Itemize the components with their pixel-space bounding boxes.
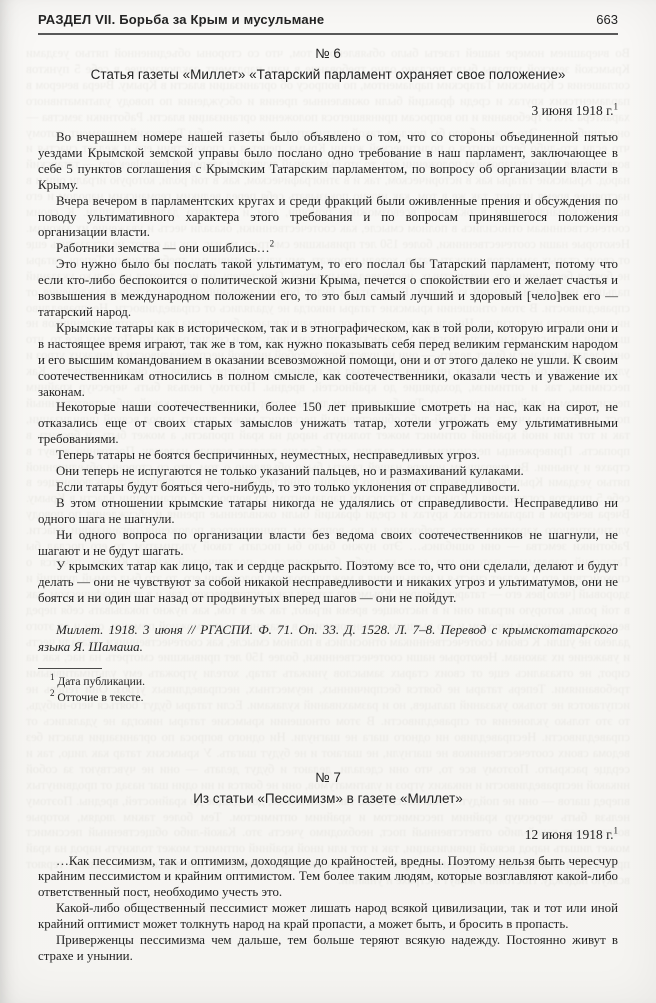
footnote-marker: 2 <box>50 688 55 698</box>
document-body: …Как пессимизм, так и оптимизм, доходящи… <box>38 854 618 965</box>
paragraph: Некоторые наши соотечественники, более 1… <box>38 400 618 448</box>
paragraph: Это нужно было бы послать такой ультимат… <box>38 257 618 321</box>
section-title: РАЗДЕЛ VII. Борьба за Крым и мусульмане <box>38 12 324 27</box>
paragraph: Ни одного вопроса по организации власти … <box>38 528 618 560</box>
paragraph: Во вчерашнем номере нашей газеты было об… <box>38 130 618 194</box>
footnote-ref: 2 <box>270 239 275 249</box>
footnote-ref: 1 <box>614 825 619 835</box>
document-7: № 7 Из статьи «Пессимизм» в газете «Милл… <box>38 770 618 965</box>
paragraph: В этом отношении крымские татары никогда… <box>38 496 618 528</box>
page-number: 663 <box>596 12 618 27</box>
paragraph: Если татары будут бояться чего-нибудь, т… <box>38 480 618 496</box>
footnote-rule <box>38 668 102 669</box>
paragraph: Работники земства — они ошиблись…2 <box>38 241 618 257</box>
scanned-book-page: Во вчерашнем номере нашей газеты было об… <box>0 0 656 1003</box>
date-text: 12 июня 1918 г. <box>525 827 614 842</box>
document-title: Из статьи «Пессимизм» в газете «Миллет» <box>38 790 618 807</box>
paragraph: Теперь татары не боятся беспричинных, не… <box>38 448 618 464</box>
footnote: 2 Отточие в тексте. <box>38 690 618 706</box>
paragraph: Какой-либо общественный пессимист может … <box>38 901 618 933</box>
document-number: № 6 <box>38 46 618 61</box>
page-content: РАЗДЕЛ VII. Борьба за Крым и мусульмане … <box>38 12 618 965</box>
document-title: Статья газеты «Миллет» «Татарский парлам… <box>38 66 618 83</box>
footnotes: 1 Дата публикации.2 Отточие в тексте. <box>38 674 618 705</box>
document-6: № 6 Статья газеты «Миллет» «Татарский па… <box>38 46 618 706</box>
paragraph: …Как пессимизм, так и оптимизм, доходящи… <box>38 854 618 902</box>
document-number: № 7 <box>38 770 618 785</box>
header-rule <box>38 33 618 35</box>
paragraph: Крымские татары как в историческом, так … <box>38 321 618 401</box>
footnote-ref: 1 <box>614 102 619 112</box>
date-text: 3 июня 1918 г. <box>531 103 613 118</box>
running-header: РАЗДЕЛ VII. Борьба за Крым и мусульмане … <box>38 12 618 27</box>
footnote: 1 Дата публикации. <box>38 674 618 690</box>
document-date: 3 июня 1918 г.1 <box>38 103 618 119</box>
footnote-marker: 1 <box>50 673 55 683</box>
paragraph: Они теперь не испугаются не только указа… <box>38 464 618 480</box>
document-date: 12 июня 1918 г.1 <box>38 827 618 843</box>
source-citation: Миллет. 1918. 3 июня // РГАСПИ. Ф. 71. О… <box>38 622 618 655</box>
paragraph: У крымских татар как лицо, так и сердце … <box>38 559 618 607</box>
paragraph: Вчера вечером в парламентских кругах и с… <box>38 194 618 242</box>
document-body: Во вчерашнем номере нашей газеты было об… <box>38 130 618 607</box>
paragraph: Приверженцы пессимизма чем дальше, тем б… <box>38 933 618 965</box>
